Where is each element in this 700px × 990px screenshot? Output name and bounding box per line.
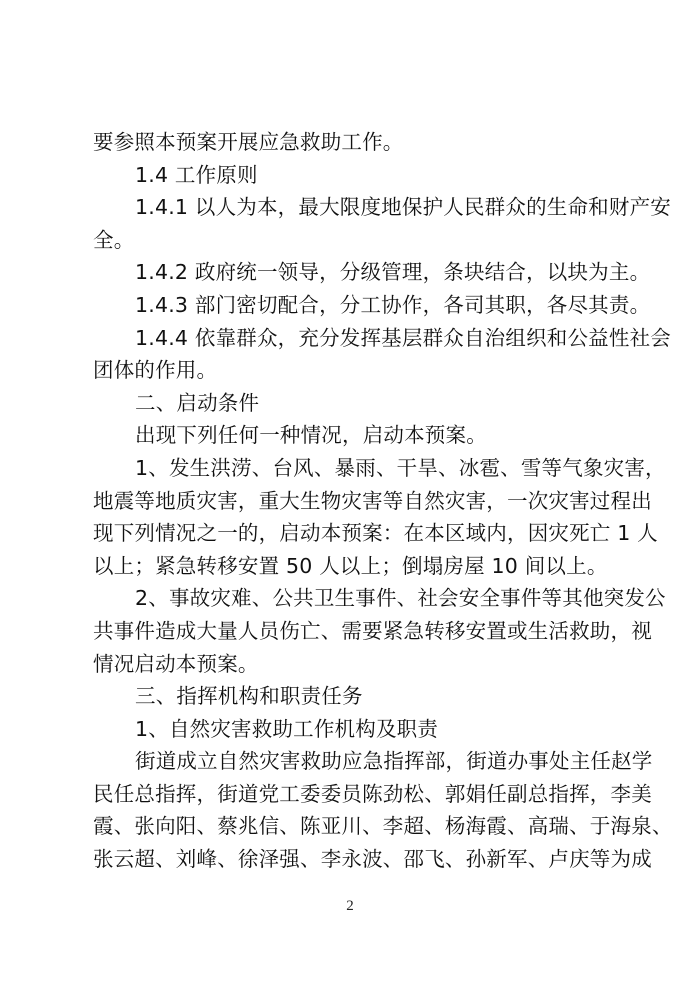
text-line: 民任总指挥，街道党工委委员陈劲松、郭娟任副总指挥，李美 [93,778,615,811]
text-line: 1、发生洪涝、台风、暴雨、干旱、冰雹、雪等气象灾害， [93,452,615,485]
text-line: 要参照本预案开展应急救助工作。 [93,126,615,159]
text-line: 共事件造成大量人员伤亡、需要紧急转移安置或生活救助，视 [93,615,615,648]
text-line: 出现下列任何一种情况，启动本预案。 [93,419,615,452]
document-body: 要参照本预案开展应急救助工作。 1.4 工作原则 1.4.1 以人为本，最大限度… [93,126,615,876]
text-line: 张云超、刘峰、徐泽强、李永波、邵飞、孙新军、卢庆等为成 [93,843,615,876]
text-line: 全。 [93,224,615,257]
text-line: 1.4.4 依靠群众，充分发挥基层群众自治组织和公益性社会 [93,322,615,355]
text-line: 情况启动本预案。 [93,648,615,681]
text-line: 团体的作用。 [93,354,615,387]
text-line: 街道成立自然灾害救助应急指挥部，街道办事处主任赵学 [93,745,615,778]
text-line: 2、事故灾难、公共卫生事件、社会安全事件等其他突发公 [93,582,615,615]
subsection-heading: 1、自然灾害救助工作机构及职责 [93,713,615,746]
page-number: 2 [0,898,700,915]
text-line: 地震等地质灾害，重大生物灾害等自然灾害，一次灾害过程出 [93,485,615,518]
text-line: 1.4.2 政府统一领导，分级管理，条块结合，以块为主。 [93,256,615,289]
text-line: 1.4.3 部门密切配合，分工协作，各司其职，各尽其责。 [93,289,615,322]
section-heading-2: 二、启动条件 [93,387,615,420]
text-line: 以上；紧急转移安置 50 人以上；倒塌房屋 10 间以上。 [93,550,615,583]
text-line: 现下列情况之一的，启动本预案：在本区域内，因灾死亡 1 人 [93,517,615,550]
section-heading-3: 三、指挥机构和职责任务 [93,680,615,713]
text-line: 1.4.1 以人为本，最大限度地保护人民群众的生命和财产安 [93,191,615,224]
section-heading-1-4: 1.4 工作原则 [93,159,615,192]
text-line: 霞、张向阳、蔡兆信、陈亚川、李超、杨海霞、高瑞、于海泉、 [93,810,615,843]
